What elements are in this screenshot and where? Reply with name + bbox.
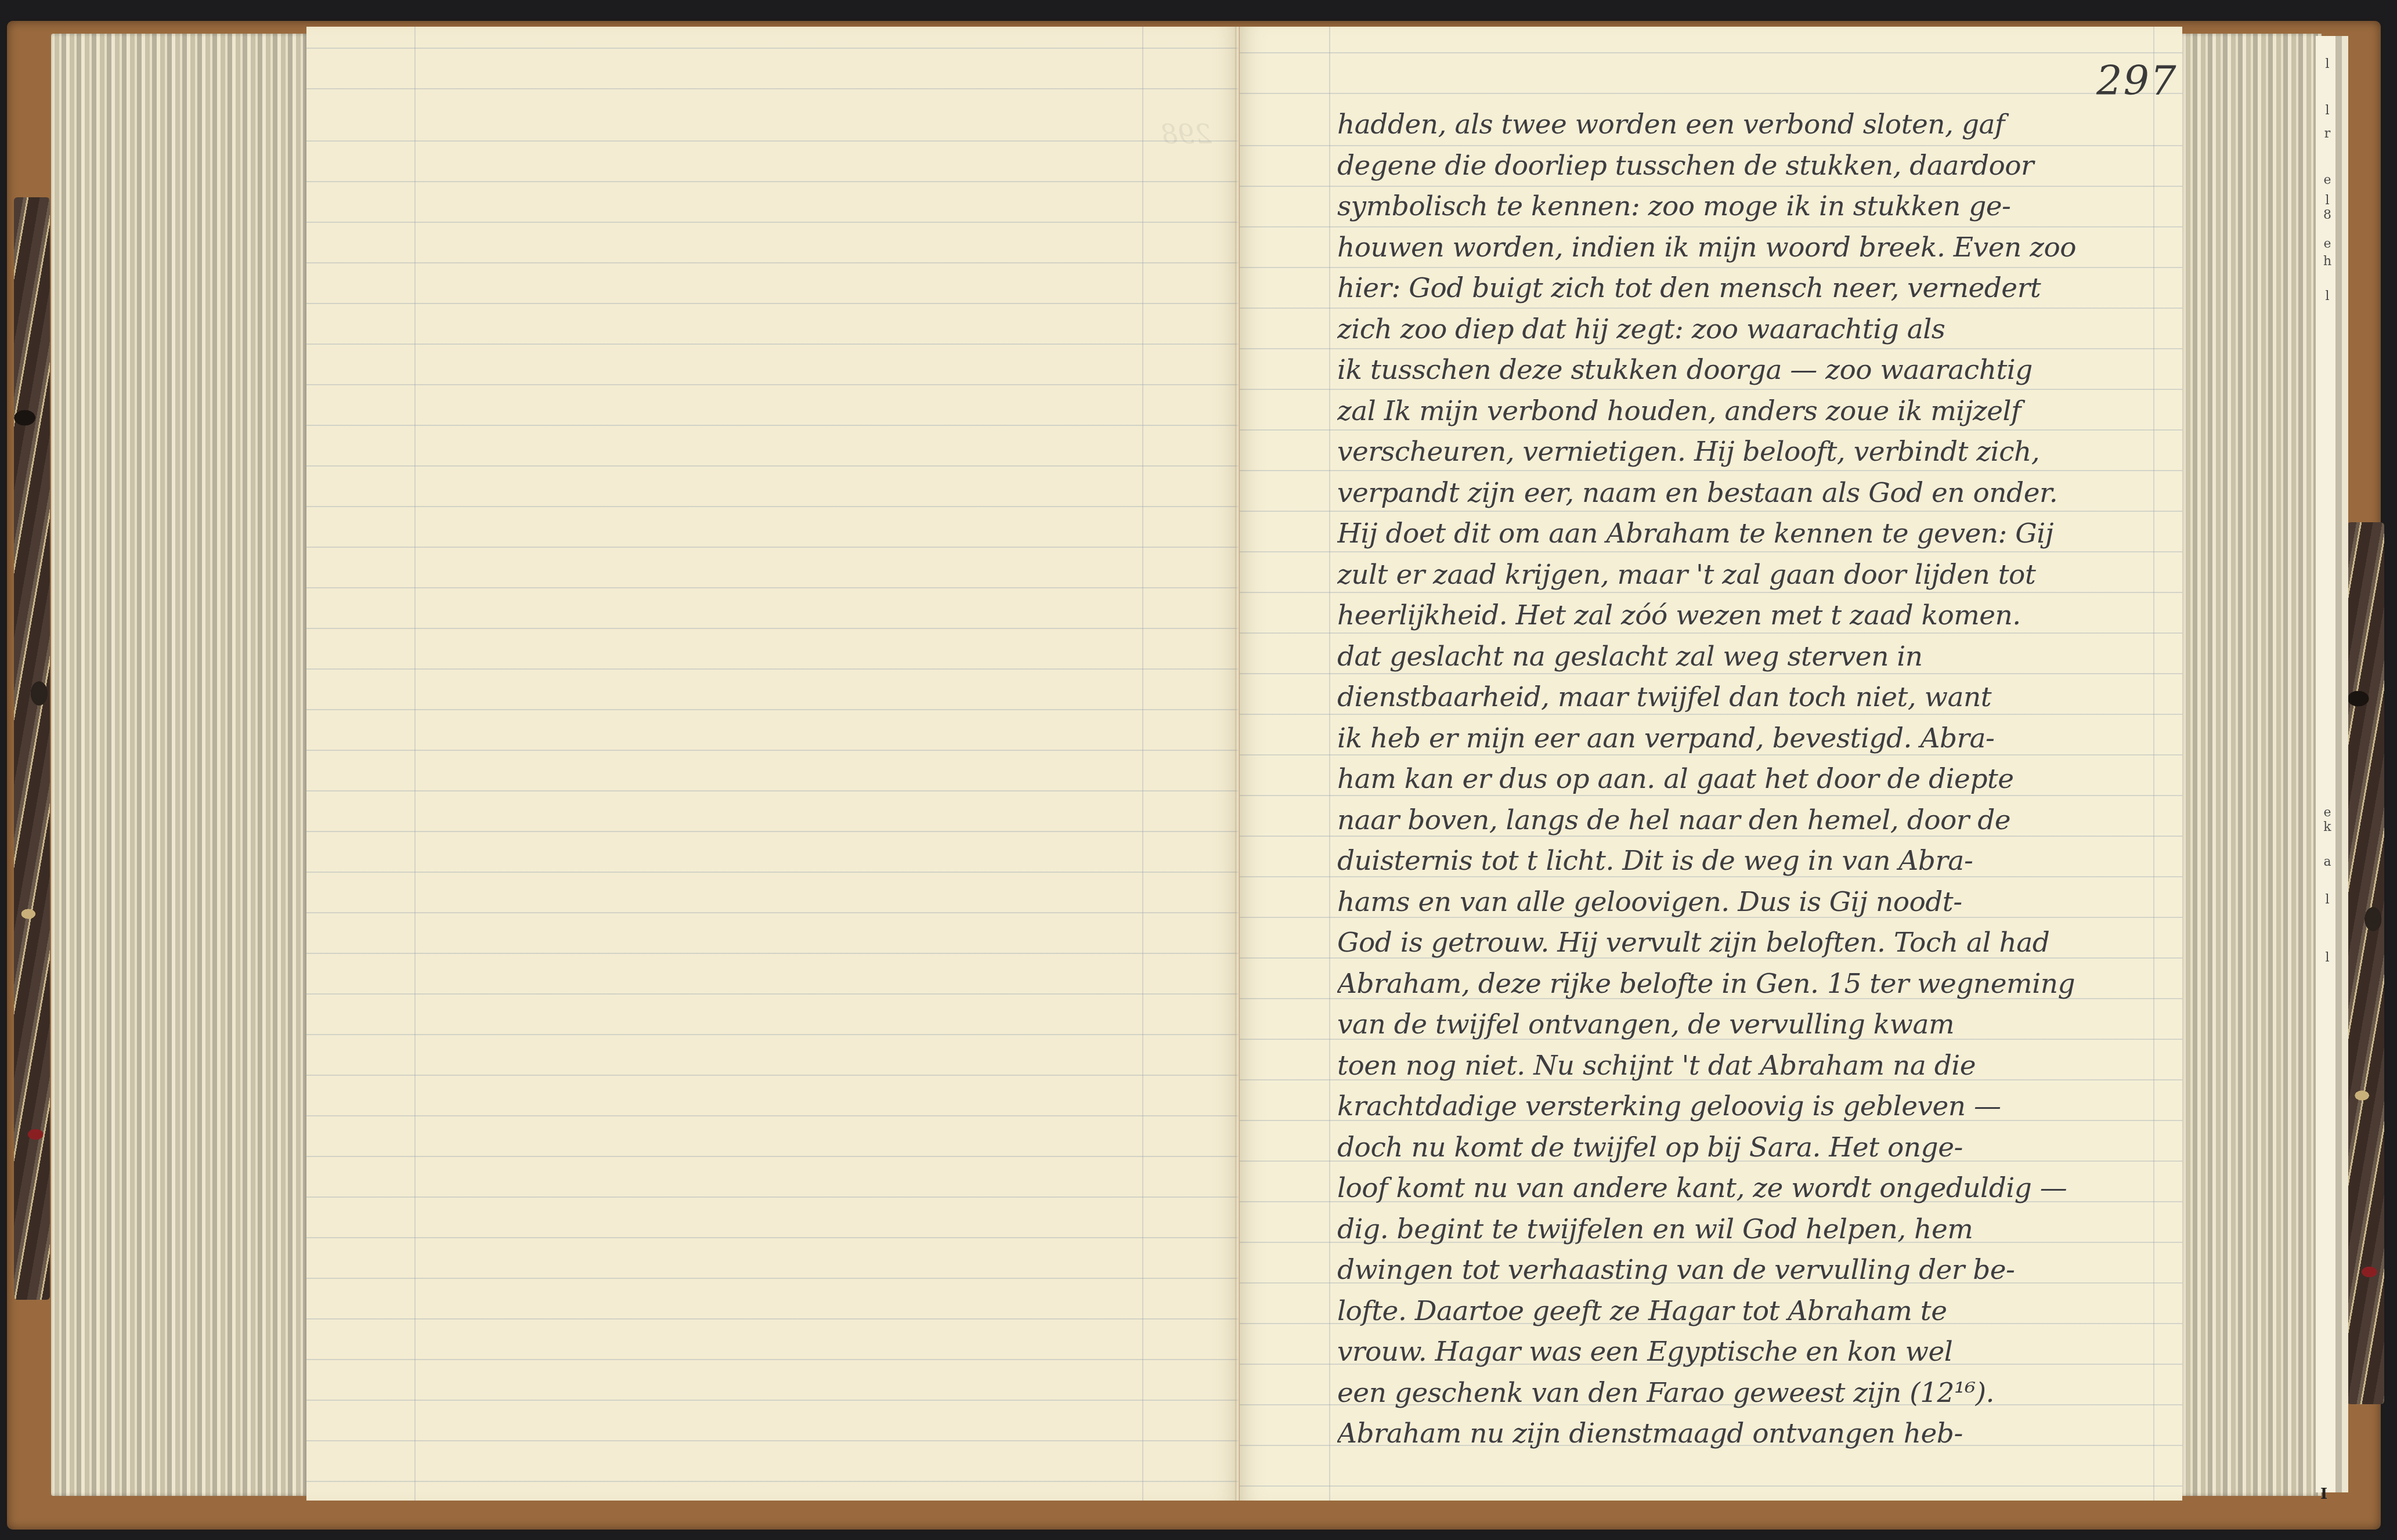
page-stack-right-edge <box>2182 34 2322 1496</box>
fore-edge-mark: e <box>2320 174 2335 187</box>
text-line: zult er zaad krijgen, maar 't zal gaan d… <box>1337 557 2173 598</box>
margin-rule <box>414 27 416 1501</box>
text-line: symbolisch te kennen: zoo moge ik in stu… <box>1337 189 2173 230</box>
text-line: heerlijkheid. Het zal zóó wezen met t za… <box>1337 598 2173 639</box>
marbled-board-right <box>2347 522 2384 1404</box>
text-line: zal Ik mijn verbond houden, anders zoue … <box>1337 393 2173 435</box>
text-line: dat geslacht na geslacht zal weg sterven… <box>1337 639 2173 680</box>
right-page: 297 hadden, als twee worden een verbond … <box>1240 27 2182 1501</box>
text-line: hadden, als twee worden een verbond slot… <box>1337 107 2173 148</box>
fore-edge-mark: e <box>2320 807 2335 819</box>
margin-rule <box>1142 27 1143 1501</box>
left-page: 298 <box>306 27 1239 1501</box>
text-line: dienstbaarheid, maar twijfel dan toch ni… <box>1337 679 2173 721</box>
showthrough-page-number: 298 <box>423 114 1212 154</box>
page-stack-left-edge <box>51 34 306 1496</box>
fore-edge-mark: l <box>2320 894 2335 906</box>
text-line: ham kan er dus op aan. al gaat het door … <box>1337 761 2173 802</box>
text-line: krachtdadige versterking geloovig is geb… <box>1337 1089 2173 1130</box>
text-line: zich zoo diep dat hij zegt: zoo waaracht… <box>1337 312 2173 353</box>
text-line: doch nu komt de twijfel op bij Sara. Het… <box>1337 1130 2173 1171</box>
text-line: ik heb er mijn eer aan verpand, bevestig… <box>1337 721 2173 762</box>
text-line: naar boven, langs de hel naar den hemel,… <box>1337 802 2173 844</box>
fore-edge-strip <box>2316 36 2348 1492</box>
text-line: loof komt nu van andere kant, ze wordt o… <box>1337 1170 2173 1212</box>
fore-edge-mark: r <box>2320 128 2335 140</box>
fore-edge-mark: l <box>2320 952 2335 964</box>
text-line: houwen worden, indien ik mijn woord bree… <box>1337 230 2173 271</box>
text-line: dwingen tot verhaasting van de vervullin… <box>1337 1252 2173 1293</box>
text-line: duisternis tot t licht. Dit is de weg in… <box>1337 843 2173 884</box>
text-line: Abraham nu zijn dienstmaagd ontvangen he… <box>1337 1416 2173 1457</box>
text-line: van de twijfel ontvangen, de vervulling … <box>1337 1007 2173 1048</box>
fore-edge-mark-bottom: I <box>2320 1485 2327 1503</box>
text-line: vrouw. Hagar was een Egyptische en kon w… <box>1337 1334 2173 1375</box>
fore-edge-mark: l <box>2320 194 2335 207</box>
text-line: ik tusschen deze stukken doorga — zoo wa… <box>1337 352 2173 393</box>
text-line: verpandt zijn eer, naam en bestaan als G… <box>1337 475 2173 516</box>
fore-edge-mark: l <box>2320 58 2335 71</box>
fore-edge-mark: l <box>2320 290 2335 303</box>
text-line: lofte. Daartoe geeft ze Hagar tot Abraha… <box>1337 1293 2173 1335</box>
text-line: degene die doorliep tusschen de stukken,… <box>1337 148 2173 189</box>
text-line: dig. begint te twijfelen en wil God help… <box>1337 1212 2173 1253</box>
fore-edge-mark: k <box>2320 821 2335 834</box>
text-line: een geschenk van den Farao geweest zijn … <box>1337 1375 2173 1416</box>
text-line: toen nog niet. Nu schijnt 't dat Abraham… <box>1337 1048 2173 1089</box>
ink-show-through: 298 <box>423 114 1212 154</box>
fore-edge-mark: h <box>2320 255 2335 268</box>
fore-edge-mark: 8 <box>2320 209 2335 222</box>
marbled-board-left <box>14 197 50 1300</box>
text-line: Hij doet dit om aan Abraham te kennen te… <box>1337 516 2173 557</box>
text-line: God is getrouw. Hij vervult zijn belofte… <box>1337 925 2173 966</box>
fore-edge-mark: a <box>2320 856 2335 869</box>
page-number: 297 <box>2096 57 2178 104</box>
text-line: verscheuren, vernietigen. Hij belooft, v… <box>1337 434 2173 475</box>
margin-rule <box>1329 27 1330 1501</box>
text-line: hier: God buigt zich tot den mensch neer… <box>1337 270 2173 312</box>
fore-edge-mark: l <box>2320 104 2335 117</box>
text-line: Abraham, deze rijke belofte in Gen. 15 t… <box>1337 966 2173 1007</box>
text-line: hams en van alle geloovigen. Dus is Gij … <box>1337 884 2173 926</box>
handwritten-text-block: hadden, als twee worden een verbond slot… <box>1337 107 2173 1457</box>
fore-edge-mark: e <box>2320 238 2335 251</box>
